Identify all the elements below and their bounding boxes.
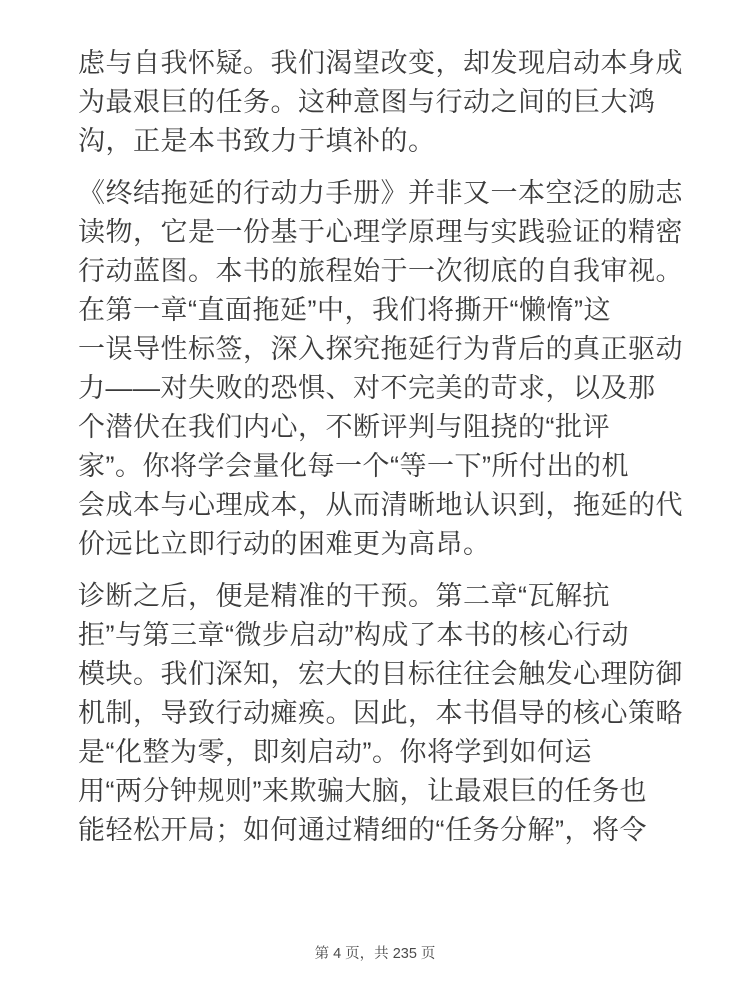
text-line: 行动蓝图。本书的旅程始于一次彻底的自我审视。 <box>78 252 674 291</box>
text-line: 用“两分钟规则”来欺骗大脑，让最艰巨的任务也 <box>78 772 674 811</box>
text-line: 读物，它是一份基于心理学原理与实践验证的精密 <box>78 213 674 252</box>
text-line: 机制，导致行动瘫痪。因此，本书倡导的核心策略 <box>78 694 674 733</box>
text-line: 模块。我们深知，宏大的目标往往会触发心理防御 <box>78 655 674 694</box>
text-line: 价远比立即行动的困难更为高昂。 <box>78 525 674 564</box>
page-footer: 第 4 页，共 235 页 <box>0 944 750 964</box>
paragraph-2: 《终结拖延的行动力手册》并非又一本空泛的励志读物，它是一份基于心理学原理与实践验… <box>78 174 674 564</box>
text-line: 家”。你将学会量化每一个“等一下”所付出的机 <box>78 447 674 486</box>
text-line: 力——对失败的恐惧、对不完美的苛求，以及那 <box>78 369 674 408</box>
page-number-label: 第 4 页，共 235 页 <box>315 946 436 962</box>
paragraph-3: 诊断之后，便是精准的干预。第二章“瓦解抗拒”与第三章“微步启动”构成了本书的核心… <box>78 577 674 850</box>
document-body: 虑与自我怀疑。我们渴望改变，却发现启动本身成为最艰巨的任务。这种意图与行动之间的… <box>78 44 674 850</box>
text-line: 会成本与心理成本，从而清晰地认识到，拖延的代 <box>78 486 674 525</box>
text-line: 能轻松开局；如何通过精细的“任务分解”，将令 <box>78 811 674 850</box>
text-line: 是“化整为零，即刻启动”。你将学到如何运 <box>78 733 674 772</box>
text-line: 为最艰巨的任务。这种意图与行动之间的巨大鸿 <box>78 83 674 122</box>
text-line: 虑与自我怀疑。我们渴望改变，却发现启动本身成 <box>78 44 674 83</box>
document-page: 虑与自我怀疑。我们渴望改变，却发现启动本身成为最艰巨的任务。这种意图与行动之间的… <box>0 0 750 1000</box>
text-line: 沟，正是本书致力于填补的。 <box>78 122 674 161</box>
text-line: 在第一章“直面拖延”中，我们将撕开“懒惰”这 <box>78 291 674 330</box>
paragraph-1: 虑与自我怀疑。我们渴望改变，却发现启动本身成为最艰巨的任务。这种意图与行动之间的… <box>78 44 674 161</box>
text-line: 一误导性标签，深入探究拖延行为背后的真正驱动 <box>78 330 674 369</box>
text-line: 拒”与第三章“微步启动”构成了本书的核心行动 <box>78 616 674 655</box>
text-line: 《终结拖延的行动力手册》并非又一本空泛的励志 <box>78 174 674 213</box>
text-line: 个潜伏在我们内心，不断评判与阻挠的“批评 <box>78 408 674 447</box>
text-line: 诊断之后，便是精准的干预。第二章“瓦解抗 <box>78 577 674 616</box>
